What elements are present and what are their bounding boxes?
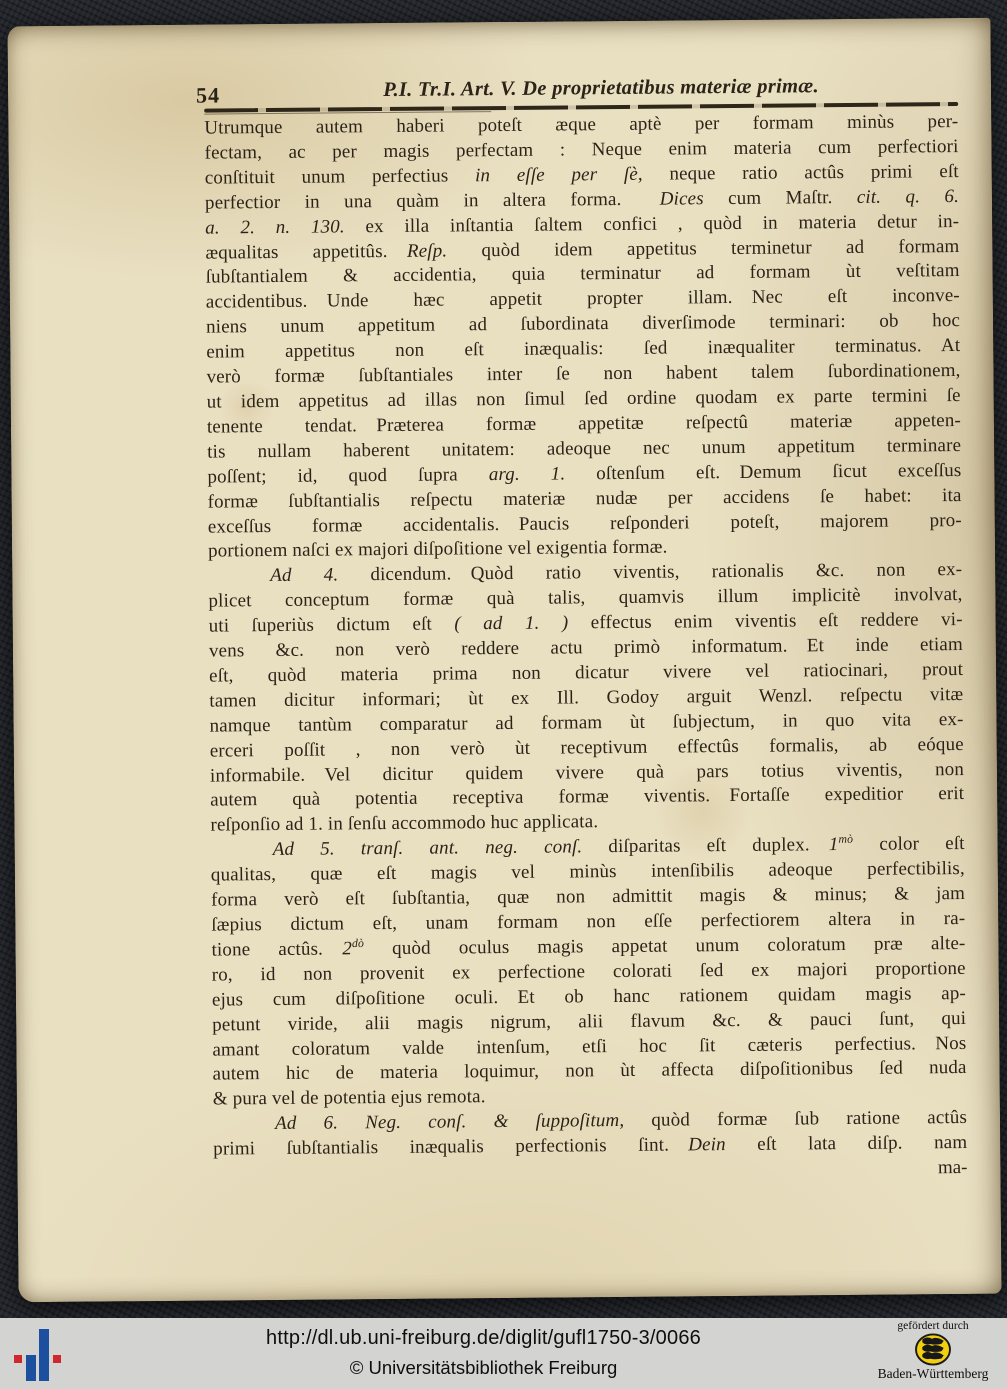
logo-blue-bar-tall <box>39 1329 49 1381</box>
funding-region: Baden-Württemberg <box>865 1366 1001 1382</box>
footer-text-block: http://dl.ub.uni-freiburg.de/diglit/gufl… <box>120 1318 847 1389</box>
logo-blue-bar-short <box>26 1355 36 1381</box>
baden-wuerttemberg-coat-of-arms-icon <box>913 1333 953 1366</box>
scan-viewport: 54 P.I. Tr.I. Art. V. De proprietatibus … <box>0 0 1007 1389</box>
funding-label: gefördert durch <box>865 1320 1001 1332</box>
copyright-line: © Universitätsbibliothek Freiburg <box>120 1357 847 1379</box>
logo-red-square-left <box>14 1355 22 1363</box>
running-title: P.I. Tr.I. Art. V. De proprietatibus mat… <box>244 74 958 103</box>
funding-block: gefördert durch Baden-Württemberg <box>865 1320 1001 1382</box>
page-number: 54 <box>196 82 220 108</box>
ub-freiburg-logo-icon <box>14 1326 62 1382</box>
book-page: 54 P.I. Tr.I. Art. V. De proprietatibus … <box>7 18 1001 1303</box>
viewer-footer: http://dl.ub.uni-freiburg.de/diglit/gufl… <box>0 1318 1007 1389</box>
page-body-text: Utrumque autem haberi poteſt æque aptè p… <box>204 110 967 1163</box>
document-url: http://dl.ub.uni-freiburg.de/diglit/gufl… <box>120 1327 847 1350</box>
logo-red-square-right <box>53 1355 61 1363</box>
